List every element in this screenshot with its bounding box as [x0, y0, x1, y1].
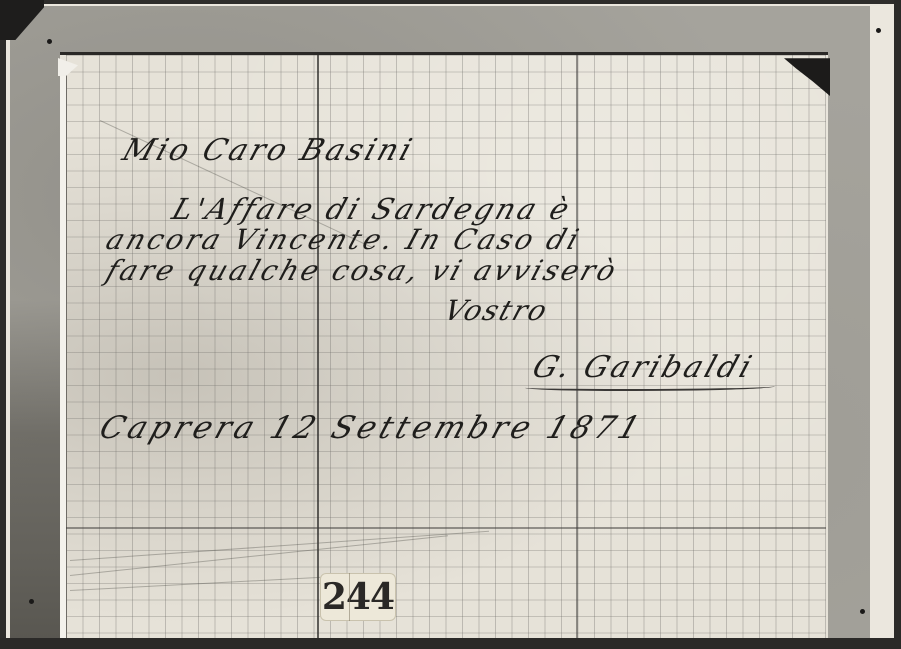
fold-line-vertical	[576, 55, 578, 638]
pin-hole-dot	[876, 28, 881, 33]
pin-hole-dot	[29, 599, 34, 604]
frame-right-edge	[894, 0, 901, 649]
paper-left-edge	[60, 70, 67, 638]
letter-body-line: fare qualche cosa, vi avviserò	[102, 254, 623, 287]
pin-hole-dot	[860, 609, 865, 614]
mount-shadow	[10, 300, 62, 638]
fold-line-horizontal	[66, 527, 826, 529]
pin-hole-dot	[47, 39, 52, 44]
letter-closing: Vostro	[440, 294, 553, 327]
letter-body-line: L'Affare di Sardegna è	[168, 192, 576, 226]
letter-dateline: Caprera 12 Settembre 1871	[95, 410, 648, 446]
letter-salutation: Mio Caro Basini	[118, 133, 419, 168]
frame-bottom-edge	[0, 638, 901, 649]
letter-signature: G. Garibaldi	[528, 350, 759, 385]
catalog-number-label: 244	[320, 573, 396, 621]
label-tear-line	[349, 573, 350, 621]
letter-body-line: ancora Vincente. In Caso di	[102, 223, 586, 256]
